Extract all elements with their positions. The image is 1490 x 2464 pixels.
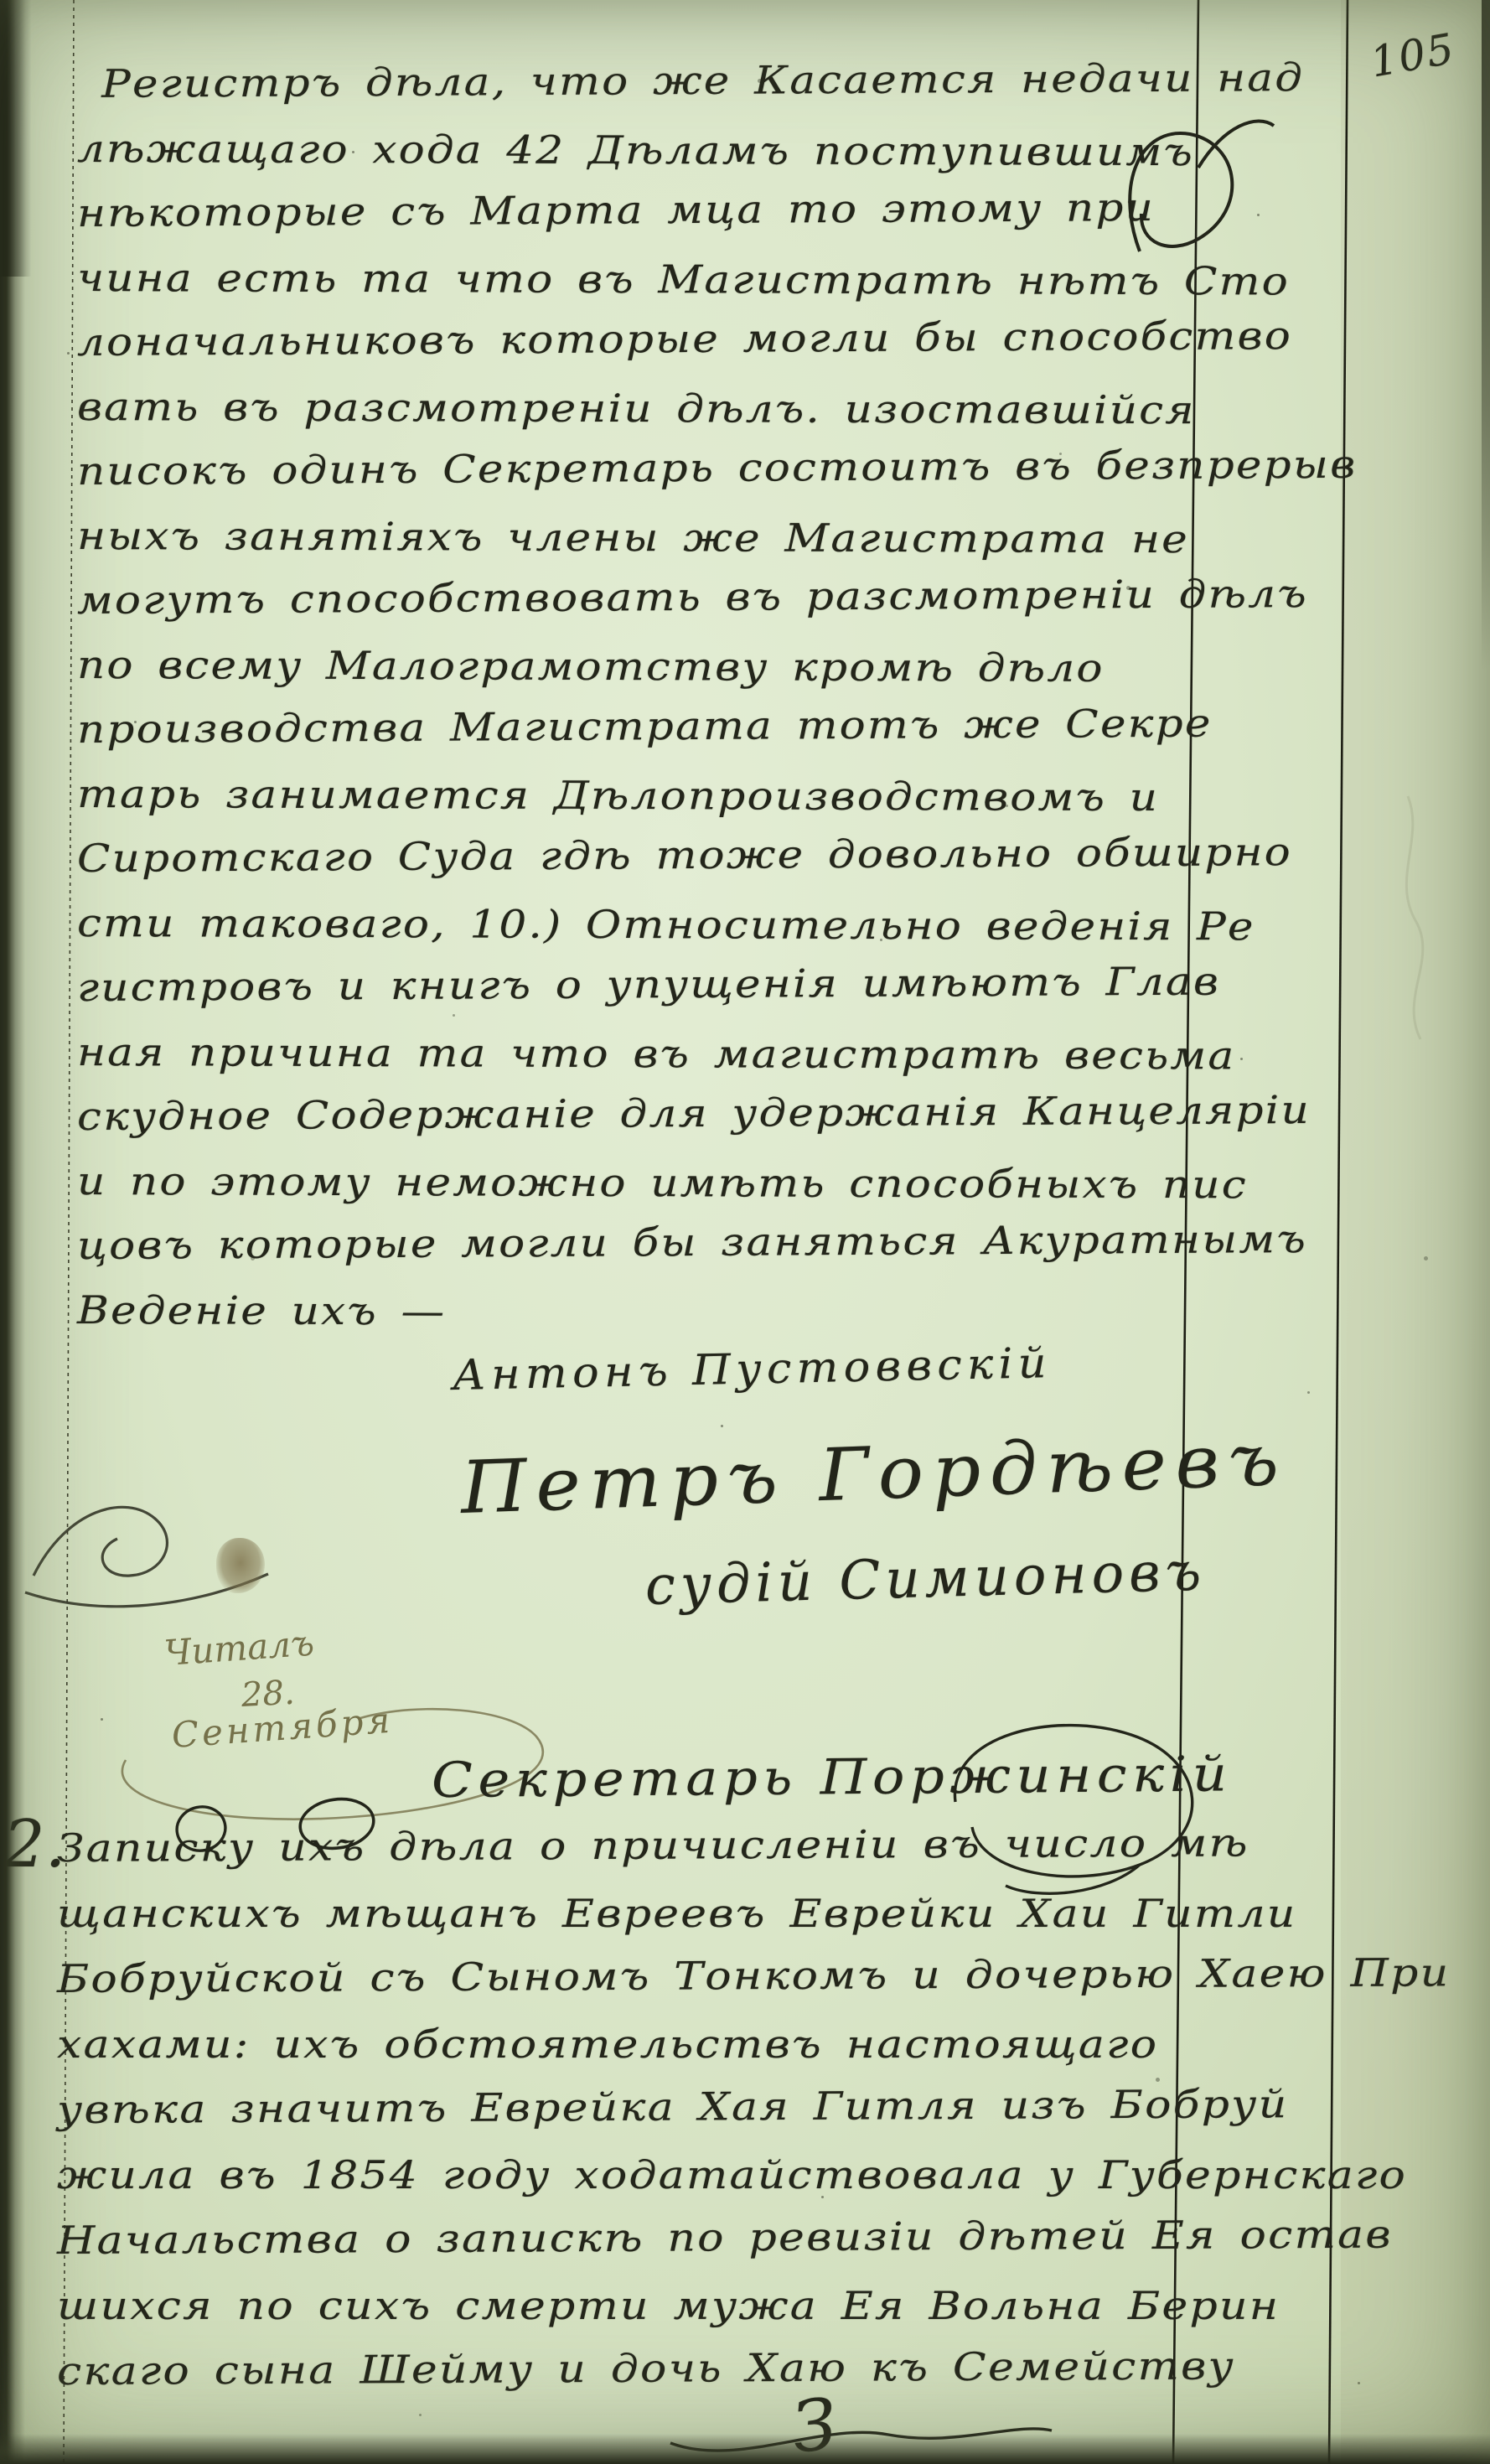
text-line: увѣка значитъ Еврейка Хая Гитля изъ Бобр… bbox=[57, 2070, 1451, 2142]
text-line: гистровъ и книгъ о упущенія имѣютъ Глав bbox=[77, 949, 1358, 1020]
page-edge-left bbox=[0, 0, 25, 2464]
paragraph-main: Регистръ дѣла, что же Касается недачи на… bbox=[77, 52, 1220, 1343]
text-line: щанскихъ мѣщанъ Евреевъ Еврейки Хаи Гитл… bbox=[57, 1881, 1450, 1946]
text-line: хахами: ихъ обстоятельствъ настоящаго bbox=[57, 2011, 1450, 2077]
paragraph-second: Записку ихъ дѣла о причисленіи въ число … bbox=[57, 1815, 1290, 2404]
text-line: Бобруйской съ Сыномъ Тонкомъ и дочерью Х… bbox=[57, 1939, 1451, 2011]
manuscript-page: 105 Регистръ дѣла, что же Касается недач… bbox=[0, 0, 1490, 2464]
text-line: скудное Содержаніе для удержанія Канцеля… bbox=[77, 1078, 1358, 1149]
text-line: писокъ одинъ Секретарь состоитъ въ безпр… bbox=[77, 432, 1358, 504]
text-line: Сиротскаго Суда гдѣ тоже довольно обширн… bbox=[77, 820, 1358, 891]
page-edge-right bbox=[1482, 0, 1490, 670]
secretary-signature: Секретарь Поржинскій bbox=[432, 1745, 1233, 1809]
text-line: лоначальниковъ которые могли бы способст… bbox=[77, 303, 1358, 375]
text-line: Записку ихъ дѣла о причисленіи въ число … bbox=[57, 1809, 1451, 1881]
text-line: производства Магистрата тотъ же Секре bbox=[77, 691, 1358, 762]
text-line: Регистръ дѣла, что же Касается недачи на… bbox=[77, 45, 1358, 116]
page-edge-bottom bbox=[0, 2434, 1490, 2464]
text-line: цовъ которые могли бы заняться Акуратным… bbox=[77, 1207, 1358, 1278]
text-line: Веденіе ихъ — bbox=[77, 1278, 1358, 1347]
text-line: Начальства о запискѣ по ревизіи дѣтей Ея… bbox=[57, 2201, 1451, 2273]
text-line: скаго сына Шейму и дочь Хаю къ Семейству bbox=[57, 2332, 1451, 2404]
text-line: могутъ способствовать въ разсмотреніи дѣ… bbox=[77, 562, 1358, 633]
bleed-through-mark bbox=[1406, 796, 1422, 1039]
text-line: жила въ 1854 году ходатайствовала у Губе… bbox=[57, 2142, 1450, 2208]
text-line: нѣкоторые съ Марта мца то этому при bbox=[77, 174, 1358, 246]
page-edge-left-top bbox=[0, 0, 37, 277]
text-line: шихся по сихъ смерти мужа Ея Вольна Бери… bbox=[57, 2273, 1450, 2338]
